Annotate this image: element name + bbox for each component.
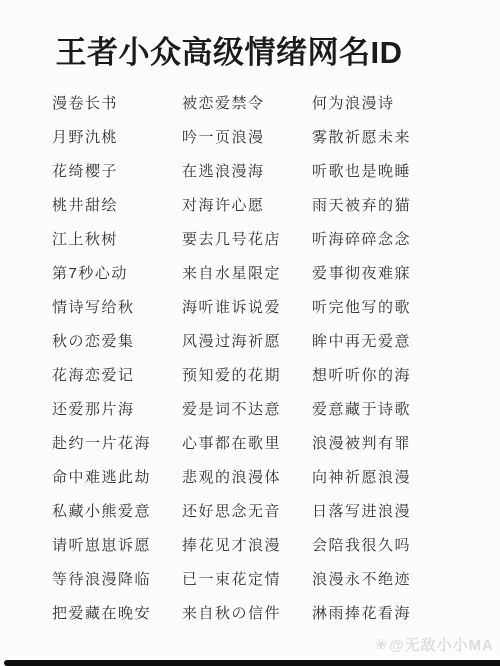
username: 来自水星限定 bbox=[182, 255, 312, 289]
username: 雾散祈愿未来 bbox=[312, 119, 500, 153]
username: 赴约一片花海 bbox=[52, 425, 182, 459]
page-title: 王者小众高级情绪网名ID bbox=[0, 0, 500, 72]
username: 等待浪漫降临 bbox=[52, 561, 182, 595]
watermark: ❀ @无敌小小MA bbox=[375, 634, 494, 655]
username: 江上秋树 bbox=[52, 221, 182, 255]
username: 来自秋の信件 bbox=[182, 595, 312, 629]
text-card: 王者小众高级情绪网名ID 漫卷长书被恋爱禁令何为浪漫诗月野氿桃吟一页浪漫雾散祈愿… bbox=[0, 0, 500, 666]
username: 情诗写给秋 bbox=[52, 289, 182, 323]
username: 月野氿桃 bbox=[52, 119, 182, 153]
username: 漫卷长书 bbox=[52, 85, 182, 119]
username: 浪漫被判有罪 bbox=[312, 425, 500, 459]
username: 还好思念无音 bbox=[182, 493, 312, 527]
username: 悲观的浪漫体 bbox=[182, 459, 312, 493]
username: 第7秒心动 bbox=[52, 255, 182, 289]
username: 秋の恋爱集 bbox=[52, 323, 182, 357]
names-grid: 漫卷长书被恋爱禁令何为浪漫诗月野氿桃吟一页浪漫雾散祈愿未来花绮樱子在逃浪漫海听歌… bbox=[0, 85, 500, 629]
username: 会陪我很久吗 bbox=[312, 527, 500, 561]
username: 听海碎碎念念 bbox=[312, 221, 500, 255]
username: 要去几号花店 bbox=[182, 221, 312, 255]
username: 在逃浪漫海 bbox=[182, 153, 312, 187]
username: 爱意藏于诗歌 bbox=[312, 391, 500, 425]
watermark-text: @无敌小小MA bbox=[389, 634, 494, 655]
username: 向神祈愿浪漫 bbox=[312, 459, 500, 493]
username: 眸中再无爱意 bbox=[312, 323, 500, 357]
username: 听歌也是晚睡 bbox=[312, 153, 500, 187]
username: 淋雨捧花看海 bbox=[312, 595, 500, 629]
username: 预知爱的花期 bbox=[182, 357, 312, 391]
username: 听完他写的歌 bbox=[312, 289, 500, 323]
username: 浪漫永不绝迹 bbox=[312, 561, 500, 595]
username: 请听崽崽诉愿 bbox=[52, 527, 182, 561]
username: 把爱藏在晚安 bbox=[52, 595, 182, 629]
username: 想听听你的海 bbox=[312, 357, 500, 391]
username: 心事都在歌里 bbox=[182, 425, 312, 459]
username: 桃井甜绘 bbox=[52, 187, 182, 221]
username: 花海恋爱记 bbox=[52, 357, 182, 391]
flower-icon: ❀ bbox=[375, 636, 388, 653]
username: 何为浪漫诗 bbox=[312, 85, 500, 119]
username: 吟一页浪漫 bbox=[182, 119, 312, 153]
username: 爱是词不达意 bbox=[182, 391, 312, 425]
username: 对海许心愿 bbox=[182, 187, 312, 221]
username: 命中难逃此劫 bbox=[52, 459, 182, 493]
username: 海听谁诉说爱 bbox=[182, 289, 312, 323]
bottom-bar bbox=[4, 660, 500, 666]
username: 日落写进浪漫 bbox=[312, 493, 500, 527]
username: 花绮樱子 bbox=[52, 153, 182, 187]
username: 爱事彻夜难寐 bbox=[312, 255, 500, 289]
username: 私藏小熊爱意 bbox=[52, 493, 182, 527]
username: 还爱那片海 bbox=[52, 391, 182, 425]
username: 被恋爱禁令 bbox=[182, 85, 312, 119]
username: 雨天被弃的猫 bbox=[312, 187, 500, 221]
username: 已一束花定情 bbox=[182, 561, 312, 595]
username: 风漫过海祈愿 bbox=[182, 323, 312, 357]
username: 捧花见才浪漫 bbox=[182, 527, 312, 561]
